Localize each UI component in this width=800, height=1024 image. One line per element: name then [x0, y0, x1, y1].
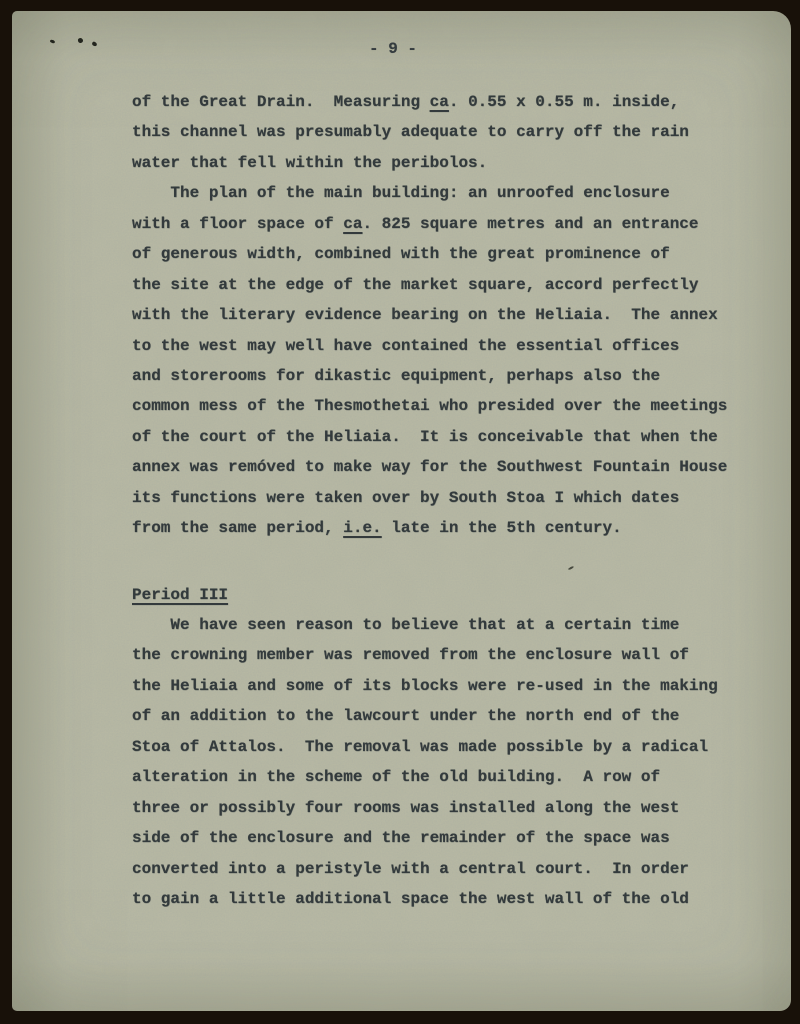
text-line: to the west may well have contained the … [132, 331, 772, 361]
text-line: this channel was presumably adequate to … [132, 117, 772, 147]
text-segment: the Heliaia and some of its blocks were … [132, 677, 718, 695]
text-segment: with a floor space of [132, 215, 343, 233]
text-line: common mess of the Thesmothetai who pres… [132, 391, 772, 421]
text-line: with a floor space of ca. 825 square met… [132, 209, 772, 239]
text-segment: annex was remóved to make way for the So… [132, 458, 727, 476]
text-line: Period III [132, 580, 772, 610]
text-line: of the Great Drain. Measuring ca. 0.55 x… [132, 87, 772, 117]
text-line: water that fell within the peribolos. [132, 148, 772, 178]
text-segment: the crowning member was removed from the… [132, 646, 689, 664]
text-line: with the literary evidence bearing on th… [132, 300, 772, 330]
text-segment: three or possibly four rooms was install… [132, 799, 679, 817]
text-segment: We have seen reason to believe that at a… [132, 616, 679, 634]
text-segment: the site at the edge of the market squar… [132, 276, 699, 294]
text-segment: water that fell within the peribolos. [132, 154, 487, 172]
paragraph: of the Great Drain. Measuring ca. 0.55 x… [132, 87, 772, 178]
text-segment: common mess of the Thesmothetai who pres… [132, 397, 727, 415]
paragraph: We have seen reason to believe that at a… [132, 610, 772, 914]
text-line: converted into a peristyle with a centra… [132, 854, 772, 884]
text-segment: of the court of the Heliaia. It is conce… [132, 428, 718, 446]
text-line: and storerooms for dikastic equipment, p… [132, 361, 772, 391]
text-segment: The plan of the main building: an unroof… [132, 184, 670, 202]
text-segment: to gain a little additional space the we… [132, 890, 689, 908]
text-line: the crowning member was removed from the… [132, 640, 772, 670]
text-segment: with the literary evidence bearing on th… [132, 306, 718, 324]
text-line: Stoa of Attalos. The removal was made po… [132, 732, 772, 762]
text-segment: this channel was presumably adequate to … [132, 123, 689, 141]
text-segment: . 0.55 x 0.55 m. inside, [449, 93, 679, 111]
text-segment: Stoa of Attalos. The removal was made po… [132, 738, 708, 756]
ink-speck [78, 38, 84, 44]
text-line: its functions were taken over by South S… [132, 483, 772, 513]
text-line: We have seen reason to believe that at a… [132, 610, 772, 640]
section-heading: Period III [132, 580, 772, 610]
text-segment: and storerooms for dikastic equipment, p… [132, 367, 660, 385]
text-line: side of the enclosure and the remainder … [132, 823, 772, 853]
underlined-text: ca [343, 215, 362, 233]
paragraph: The plan of the main building: an unroof… [132, 178, 772, 543]
text-line: to gain a little additional space the we… [132, 884, 772, 914]
text-segment: . 825 square metres and an entrance [362, 215, 698, 233]
text-line: of generous width, combined with the gre… [132, 239, 772, 269]
text-line: The plan of the main building: an unroof… [132, 178, 772, 208]
document-page: - 9 - of the Great Drain. Measuring ca. … [12, 11, 791, 1011]
underlined-text: ca [430, 93, 449, 111]
text-segment: of generous width, combined with the gre… [132, 245, 670, 263]
text-segment: to the west may well have contained the … [132, 337, 679, 355]
text-segment: of the Great Drain. Measuring [132, 93, 430, 111]
text-line: from the same period, i.e. late in the 5… [132, 513, 772, 543]
text-line: alteration in the scheme of the old buil… [132, 762, 772, 792]
text-segment: of an addition to the lawcourt under the… [132, 707, 679, 725]
ink-speck [91, 41, 97, 47]
text-line: the Heliaia and some of its blocks were … [132, 671, 772, 701]
text-line: three or possibly four rooms was install… [132, 793, 772, 823]
text-segment: side of the enclosure and the remainder … [132, 829, 670, 847]
text-line: of the court of the Heliaia. It is conce… [132, 422, 772, 452]
text-segment: from the same period, [132, 519, 343, 537]
text-segment: converted into a peristyle with a centra… [132, 860, 689, 878]
text-segment: alteration in the scheme of the old buil… [132, 768, 660, 786]
scan-frame: - 9 - of the Great Drain. Measuring ca. … [0, 0, 800, 1024]
text-segment: late in the 5th century. [382, 519, 622, 537]
page-number: - 9 - [369, 39, 429, 59]
text-line: annex was remóved to make way for the So… [132, 452, 772, 482]
document-body: of the Great Drain. Measuring ca. 0.55 x… [132, 87, 772, 914]
underlined-text: i.e. [343, 519, 381, 537]
text-line: the site at the edge of the market squar… [132, 270, 772, 300]
text-segment: its functions were taken over by South S… [132, 489, 679, 507]
text-line: of an addition to the lawcourt under the… [132, 701, 772, 731]
underlined-text: Period III [132, 586, 228, 604]
ink-speck [50, 39, 56, 43]
